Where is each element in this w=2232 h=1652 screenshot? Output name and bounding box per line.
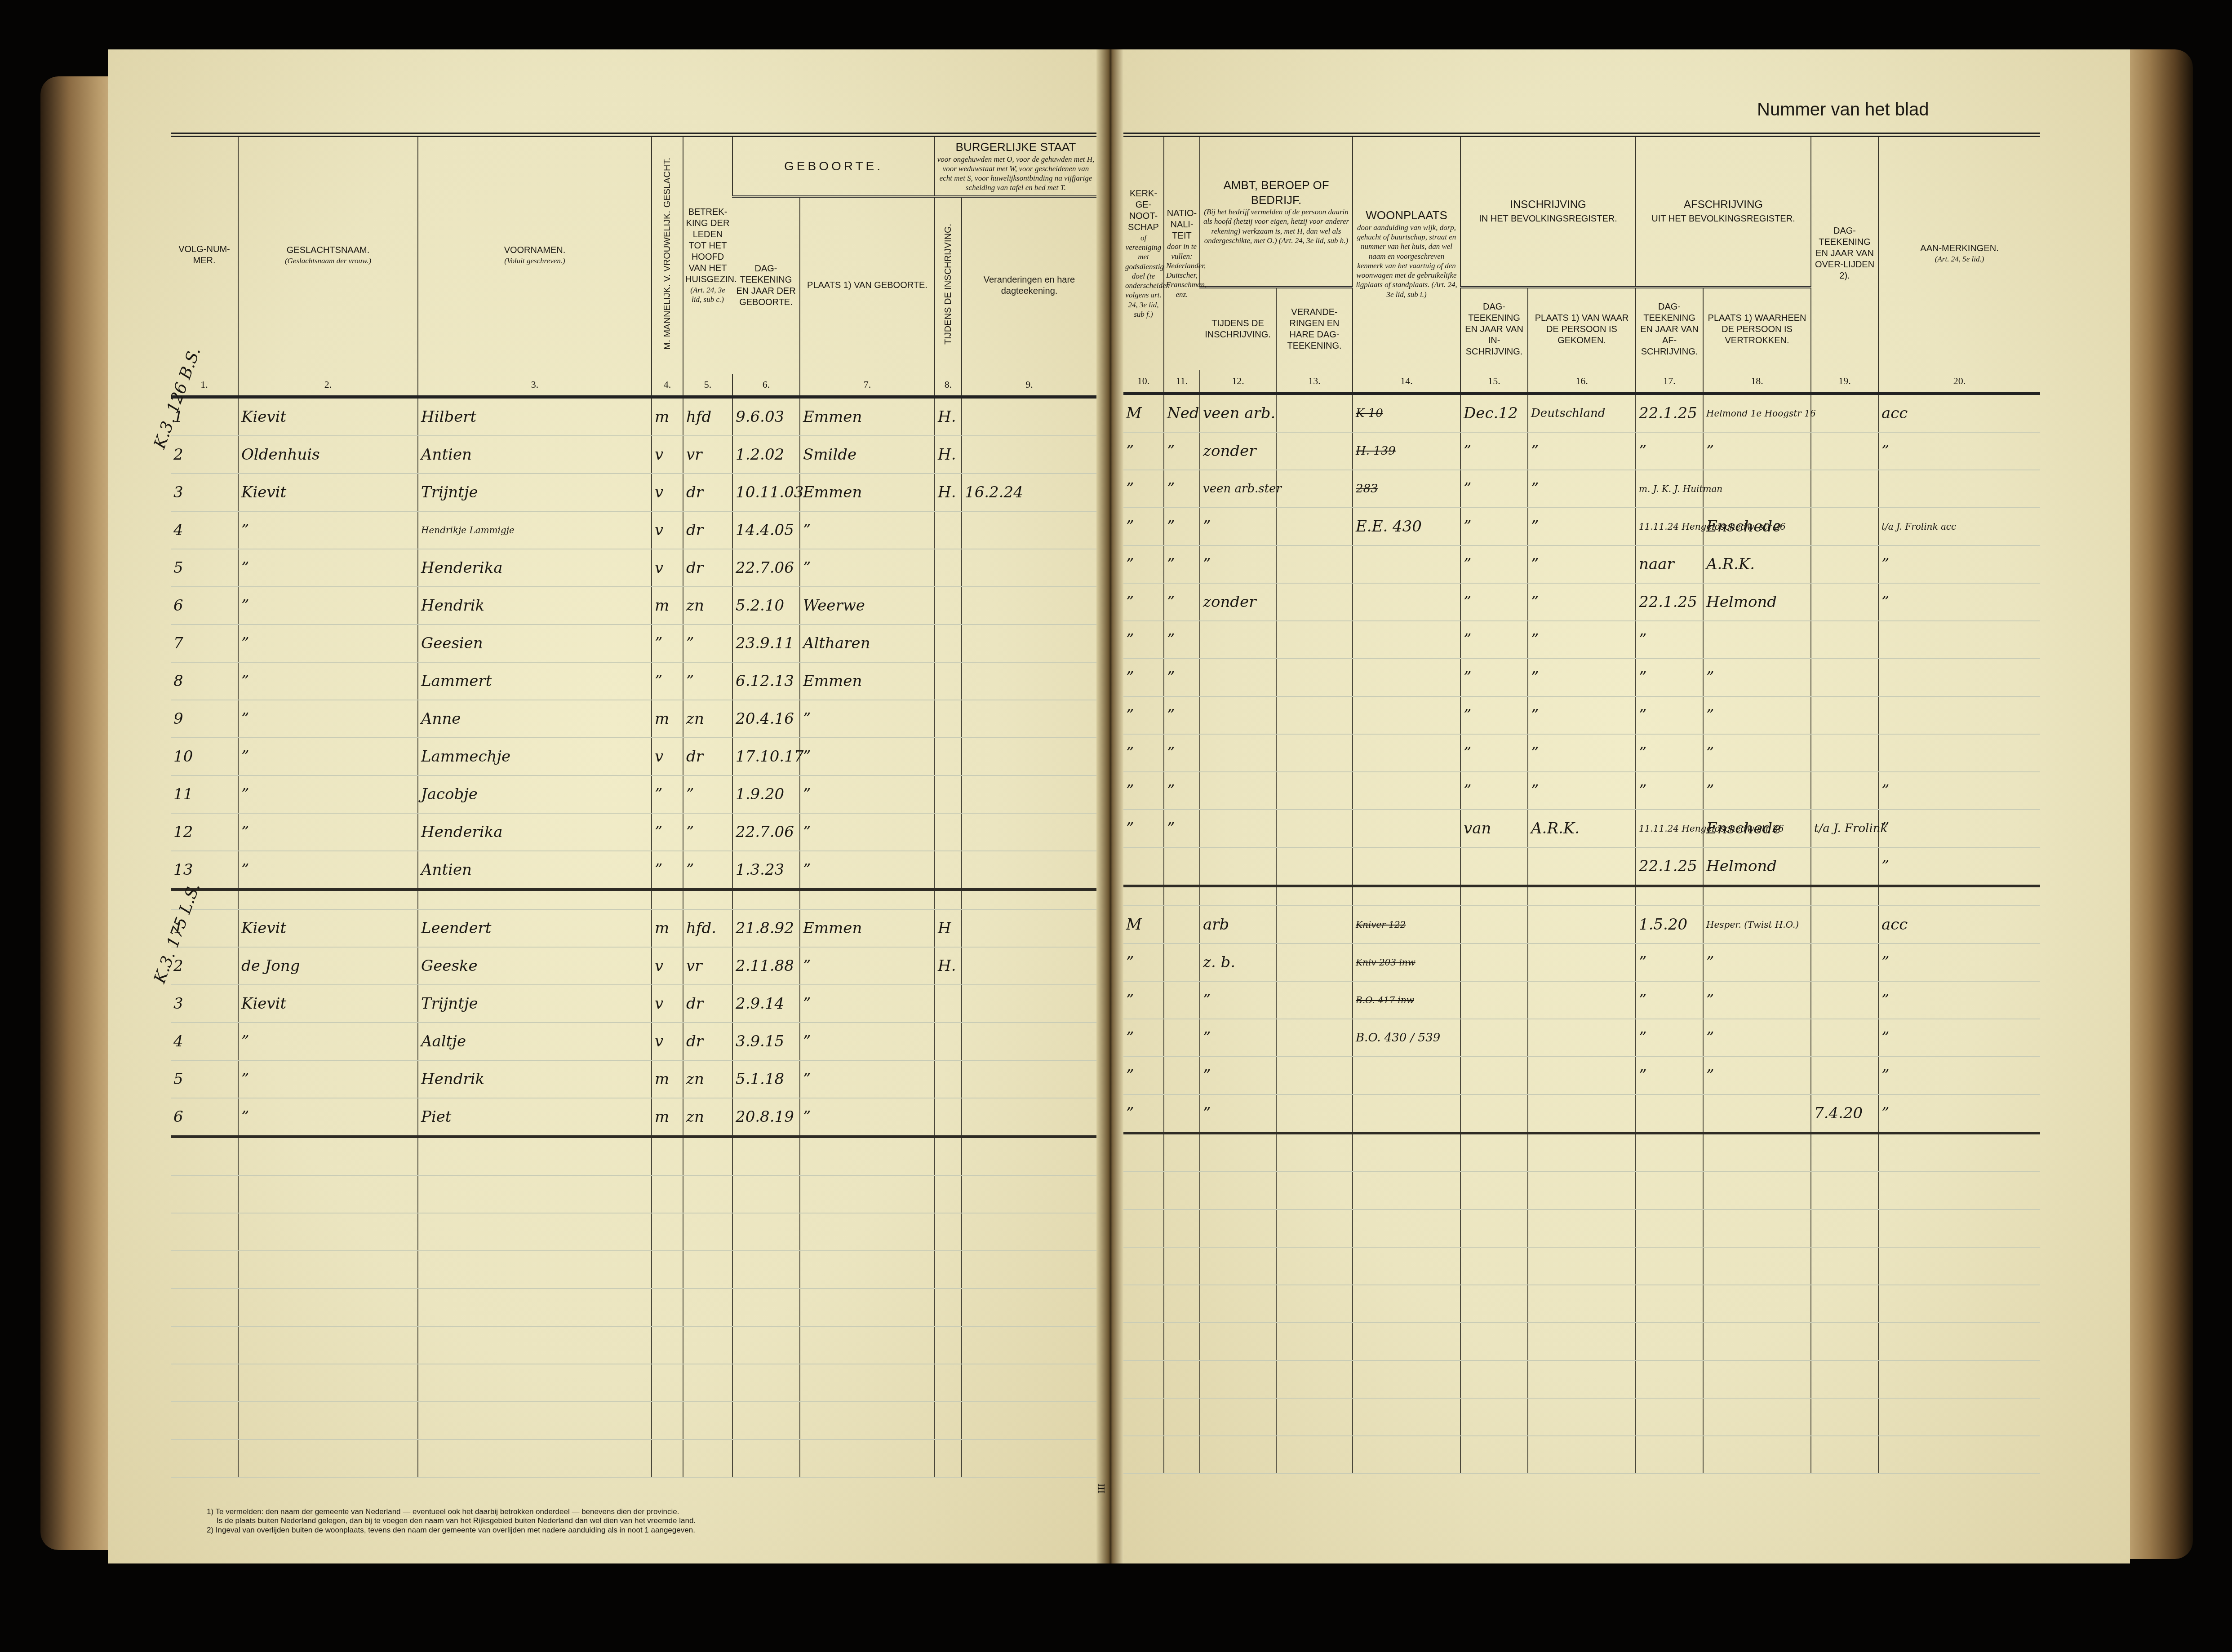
- header-afschrijving-datum: Dag-teekening en jaar van af-schrijving.: [1636, 288, 1703, 371]
- empty-cell: [238, 1213, 418, 1251]
- empty-cell: [418, 1364, 652, 1402]
- cell-out-place: ”: [1703, 943, 1811, 981]
- col-num: 20.: [1878, 370, 2040, 394]
- empty-cell: [683, 1251, 732, 1289]
- empty-cell: [1276, 1323, 1353, 1360]
- cell-remarks: ”: [1878, 810, 2040, 847]
- header-aanmerkingen: Aan-merkingen.(Art. 24, 5e lid.): [1878, 135, 2040, 370]
- cell-in-place: ”: [1528, 621, 1636, 659]
- empty-cell: [962, 1137, 1096, 1175]
- cell-church: ”: [1123, 432, 1164, 470]
- cell-occupation: arb: [1200, 906, 1276, 943]
- cell-nr: 5: [171, 1060, 238, 1098]
- cell-in-date: [1460, 847, 1528, 886]
- empty-cell: [171, 1439, 238, 1477]
- cell-birth-date: 5.2.10: [732, 587, 800, 624]
- cell-occupation: [1200, 847, 1276, 886]
- table-row: ”z. b.Kniv 203 inw”””: [1123, 943, 2040, 981]
- cell-nationality: [1164, 981, 1200, 1019]
- header-geboorte-group: Geboorte.: [732, 135, 935, 196]
- cell-in-date: [1460, 906, 1528, 943]
- cell-civil-change: [962, 775, 1096, 813]
- cell-given: Leendert: [418, 909, 652, 947]
- cell-birth-date: 9.6.03: [732, 397, 800, 436]
- cell-civil-change: [962, 436, 1096, 474]
- empty-cell: [1636, 1247, 1703, 1285]
- empty-cell: [935, 1175, 962, 1213]
- cell-in-place: ”: [1528, 583, 1636, 621]
- empty-cell: [1164, 1209, 1200, 1247]
- cell-occ-change: [1276, 696, 1353, 734]
- empty-cell: [652, 1289, 683, 1326]
- cell-relation: dr: [683, 738, 732, 775]
- cell-out-date: ”: [1636, 659, 1703, 696]
- cell-nr: 9: [171, 700, 238, 738]
- cell-birth-date: 1.2.02: [732, 436, 800, 474]
- cell-birth-date: 6.12.13: [732, 662, 800, 700]
- empty-cell: [683, 1402, 732, 1439]
- empty-cell: [1200, 1172, 1276, 1209]
- empty-row: [1123, 1436, 2040, 1474]
- empty-cell: [1164, 1172, 1200, 1209]
- cell-civil: [935, 775, 962, 813]
- cell-in-place: [1528, 906, 1636, 943]
- empty-cell: [935, 1251, 962, 1289]
- cell-civil-change: [962, 397, 1096, 436]
- empty-cell: [1164, 1247, 1200, 1285]
- cell-occupation: [1200, 810, 1276, 847]
- cell-birth-place: ”: [800, 1060, 935, 1098]
- empty-cell: [1460, 886, 1528, 906]
- book-right-edge: [2121, 49, 2193, 1559]
- cell-in-date: ”: [1460, 772, 1528, 810]
- cell-nr: 11: [171, 775, 238, 813]
- cell-given: Trijntje: [418, 985, 652, 1023]
- cell-given: Hendrik: [418, 1060, 652, 1098]
- table-row: ””””””: [1123, 734, 2040, 772]
- empty-cell: [1528, 1133, 1636, 1172]
- empty-cell: [418, 1213, 652, 1251]
- empty-cell: [1200, 886, 1276, 906]
- cell-birth-date: 10.11.03: [732, 474, 800, 511]
- cell-residence: [1353, 621, 1460, 659]
- register-table-right: Kerk-ge-noot-schapof vereeniging met god…: [1123, 133, 2040, 1474]
- register-body-right: MNedveen arb.K 10Dec.12Deutschland22.1.2…: [1123, 394, 2040, 1474]
- empty-cell: [1353, 1133, 1460, 1172]
- empty-cell: [1703, 1133, 1811, 1172]
- empty-cell: [418, 1402, 652, 1439]
- table-row: ””veen arb.ster283””m. J. K. J. Huitman: [1123, 470, 2040, 508]
- cell-occupation: zonder: [1200, 583, 1276, 621]
- col-num: 17.: [1636, 370, 1703, 394]
- cell-remarks: ”: [1878, 583, 2040, 621]
- empty-cell: [1353, 1209, 1460, 1247]
- empty-cell: [238, 1137, 418, 1175]
- cell-birth-date: 5.1.18: [732, 1060, 800, 1098]
- cell-civil-change: [962, 624, 1096, 662]
- cell-surname: de Jong: [238, 947, 418, 985]
- empty-cell: [652, 1364, 683, 1402]
- cell-nr: 6: [171, 587, 238, 624]
- empty-cell: [962, 1439, 1096, 1477]
- cell-sex: ”: [652, 662, 683, 700]
- empty-cell: [800, 1213, 935, 1251]
- empty-cell: [1460, 1172, 1528, 1209]
- empty-cell: [732, 890, 800, 909]
- col-num: 9.: [962, 374, 1096, 397]
- empty-cell: [1703, 1247, 1811, 1285]
- household-gap: [171, 890, 1096, 909]
- cell-civil: [935, 624, 962, 662]
- cell-occ-change: [1276, 432, 1353, 470]
- cell-birth-place: Emmen: [800, 909, 935, 947]
- cell-surname: Kievit: [238, 474, 418, 511]
- cell-in-place: [1528, 1057, 1636, 1094]
- cell-out-date: ”: [1636, 734, 1703, 772]
- empty-cell: [1636, 1436, 1703, 1474]
- empty-cell: [683, 1137, 732, 1175]
- cell-occ-change: [1276, 772, 1353, 810]
- empty-cell: [1703, 1209, 1811, 1247]
- cell-in-place: A.R.K.: [1528, 810, 1636, 847]
- empty-cell: [1460, 1133, 1528, 1172]
- cell-civil-change: [962, 662, 1096, 700]
- cell-birth-place: ”: [800, 813, 935, 851]
- empty-cell: [238, 1289, 418, 1326]
- empty-cell: [1528, 1209, 1636, 1247]
- cell-sex: v: [652, 738, 683, 775]
- empty-cell: [1353, 886, 1460, 906]
- empty-cell: [1878, 1247, 2040, 1285]
- cell-occupation: zonder: [1200, 432, 1276, 470]
- empty-cell: [962, 1213, 1096, 1251]
- cell-relation: ”: [683, 662, 732, 700]
- cell-church: ”: [1123, 943, 1164, 981]
- cell-remarks: ”: [1878, 1057, 2040, 1094]
- cell-relation: vr: [683, 436, 732, 474]
- cell-death: [1811, 621, 1878, 659]
- cell-civil: H: [935, 909, 962, 947]
- empty-cell: [800, 1175, 935, 1213]
- cell-civil: H.: [935, 436, 962, 474]
- col-num: 19.: [1811, 370, 1878, 394]
- cell-birth-date: 1.9.20: [732, 775, 800, 813]
- cell-civil-change: [962, 985, 1096, 1023]
- cell-in-date: [1460, 1019, 1528, 1057]
- cell-occupation: [1200, 621, 1276, 659]
- empty-cell: [1200, 1247, 1276, 1285]
- empty-cell: [1811, 1209, 1878, 1247]
- cell-out-date: 22.1.25: [1636, 583, 1703, 621]
- cell-sex: v: [652, 436, 683, 474]
- cell-nr: 2: [171, 947, 238, 985]
- cell-remarks: ”: [1878, 432, 2040, 470]
- cell-nr: 8: [171, 662, 238, 700]
- cell-out-place: Helmond: [1703, 583, 1811, 621]
- empty-cell: [1460, 1285, 1528, 1323]
- cell-relation: zn: [683, 1098, 732, 1137]
- empty-cell: [1276, 1209, 1353, 1247]
- cell-out-place: ”: [1703, 1019, 1811, 1057]
- cell-in-place: Deutschland: [1528, 394, 1636, 433]
- header-afschrijving-plaats: Plaats 1) waarheen de persoon is vertrok…: [1703, 288, 1811, 371]
- empty-cell: [800, 890, 935, 909]
- cell-occ-change: [1276, 847, 1353, 886]
- cell-remarks: ”: [1878, 943, 2040, 981]
- cell-birth-place: ”: [800, 738, 935, 775]
- empty-cell: [171, 1402, 238, 1439]
- empty-cell: [238, 1251, 418, 1289]
- cell-residence: [1353, 583, 1460, 621]
- empty-cell: [171, 1326, 238, 1364]
- empty-cell: [962, 890, 1096, 909]
- cell-in-date: ”: [1460, 659, 1528, 696]
- empty-cell: [418, 1439, 652, 1477]
- cell-birth-date: 22.7.06: [732, 549, 800, 587]
- empty-cell: [1528, 1172, 1636, 1209]
- cell-residence: Kniv 203 inw: [1353, 943, 1460, 981]
- cell-surname: ”: [238, 813, 418, 851]
- cell-out-date: 22.1.25: [1636, 394, 1703, 433]
- empty-cell: [1878, 886, 2040, 906]
- cell-nationality: [1164, 906, 1200, 943]
- empty-cell: [418, 890, 652, 909]
- empty-cell: [732, 1326, 800, 1364]
- empty-cell: [732, 1213, 800, 1251]
- empty-cell: [238, 1364, 418, 1402]
- cell-out-place: ”: [1703, 432, 1811, 470]
- empty-cell: [1636, 1398, 1703, 1436]
- cell-civil: [935, 985, 962, 1023]
- empty-cell: [1276, 1133, 1353, 1172]
- cell-in-date: [1460, 943, 1528, 981]
- empty-cell: [935, 1326, 962, 1364]
- cell-surname: Kievit: [238, 909, 418, 947]
- cell-death: [1811, 906, 1878, 943]
- cell-nr: 2: [171, 436, 238, 474]
- empty-cell: [418, 1175, 652, 1213]
- cell-out-place: Enschede: [1703, 508, 1811, 545]
- cell-occ-change: [1276, 1057, 1353, 1094]
- empty-cell: [935, 1213, 962, 1251]
- cell-given: Jacobje: [418, 775, 652, 813]
- empty-cell: [935, 1289, 962, 1326]
- cell-in-date: [1460, 981, 1528, 1019]
- cell-civil: H.: [935, 474, 962, 511]
- empty-cell: [1703, 1398, 1811, 1436]
- cell-sex: ”: [652, 813, 683, 851]
- cell-out-place: [1703, 621, 1811, 659]
- header-inschrijving-datum: Dag-teekening en jaar van in-schrijving.: [1460, 288, 1528, 371]
- cell-given: Piet: [418, 1098, 652, 1137]
- cell-birth-date: 2.11.88: [732, 947, 800, 985]
- cell-nr: 3: [171, 985, 238, 1023]
- empty-row: [171, 1439, 1096, 1477]
- cell-sex: v: [652, 947, 683, 985]
- empty-cell: [683, 1439, 732, 1477]
- cell-remarks: [1878, 696, 2040, 734]
- cell-out-date: ”: [1636, 1057, 1703, 1094]
- empty-cell: [1636, 1285, 1703, 1323]
- cell-surname: ”: [238, 662, 418, 700]
- header-ambt-veranderingen: Verande-ringen en hare dag-teekening.: [1276, 288, 1353, 371]
- empty-cell: [1460, 1323, 1528, 1360]
- cell-civil: [935, 813, 962, 851]
- cell-in-date: ”: [1460, 432, 1528, 470]
- cell-remarks: ”: [1878, 981, 2040, 1019]
- cell-relation: zn: [683, 587, 732, 624]
- empty-cell: [1123, 1398, 1164, 1436]
- cell-residence: [1353, 772, 1460, 810]
- cell-remarks: [1878, 734, 2040, 772]
- cell-in-date: van: [1460, 810, 1528, 847]
- cell-residence: H. 139: [1353, 432, 1460, 470]
- register-body-left: 1KievitHilbertmhfd9.6.03EmmenH.2Oldenhui…: [171, 397, 1096, 1477]
- cell-residence: [1353, 545, 1460, 583]
- cell-occupation: [1200, 659, 1276, 696]
- cell-church: ”: [1123, 583, 1164, 621]
- empty-cell: [1811, 1323, 1878, 1360]
- cell-surname: ”: [238, 775, 418, 813]
- empty-cell: [1123, 1285, 1164, 1323]
- cell-out-place: Hesper. (Twist H.O.): [1703, 906, 1811, 943]
- table-row: ”””””: [1123, 621, 2040, 659]
- cell-out-place: ”: [1703, 772, 1811, 810]
- cell-in-place: [1528, 1094, 1636, 1133]
- cell-in-place: ”: [1528, 470, 1636, 508]
- empty-cell: [1164, 1360, 1200, 1398]
- cell-occ-change: [1276, 1094, 1353, 1133]
- table-row: ””””””: [1123, 659, 2040, 696]
- header-geboorte-plaats: Plaats 1) van geboorte.: [800, 196, 935, 374]
- cell-relation: zn: [683, 1060, 732, 1098]
- cell-occ-change: [1276, 583, 1353, 621]
- cell-civil: [935, 738, 962, 775]
- table-row: 1KievitHilbertmhfd9.6.03EmmenH.: [171, 397, 1096, 436]
- cell-in-date: Dec.12: [1460, 394, 1528, 433]
- empty-cell: [1878, 1285, 2040, 1323]
- cell-civil-change: 16.2.24: [962, 474, 1096, 511]
- table-row: MNedveen arb.K 10Dec.12Deutschland22.1.2…: [1123, 394, 2040, 433]
- empty-cell: [1200, 1360, 1276, 1398]
- cell-nr: 3: [171, 474, 238, 511]
- col-num: 13.: [1276, 370, 1353, 394]
- cell-remarks: ”: [1878, 1094, 2040, 1133]
- cell-nr: 4: [171, 1023, 238, 1060]
- cell-relation: vr: [683, 947, 732, 985]
- empty-cell: [1811, 886, 1878, 906]
- cell-in-date: [1460, 1094, 1528, 1133]
- header-ambt-group: Ambt, beroep of bedrijf.(Bij het bedrijf…: [1200, 135, 1353, 288]
- empty-cell: [683, 1175, 732, 1213]
- empty-cell: [1460, 1209, 1528, 1247]
- cell-surname: Kievit: [238, 985, 418, 1023]
- header-volgnummer: Volg-num-mer.: [171, 135, 238, 374]
- table-row: 4”Aaltjevdr3.9.15”: [171, 1023, 1096, 1060]
- cell-death: [1811, 545, 1878, 583]
- cell-out-date: m. J. K. J. Huitman: [1636, 470, 1703, 508]
- cell-death: [1811, 734, 1878, 772]
- empty-row: [1123, 1398, 2040, 1436]
- cell-death: [1811, 659, 1878, 696]
- cell-nationality: [1164, 847, 1200, 886]
- empty-cell: [1123, 886, 1164, 906]
- empty-cell: [800, 1402, 935, 1439]
- empty-cell: [800, 1289, 935, 1326]
- cell-surname: Oldenhuis: [238, 436, 418, 474]
- empty-cell: [683, 1213, 732, 1251]
- empty-cell: [732, 1364, 800, 1402]
- empty-cell: [1528, 1398, 1636, 1436]
- empty-cell: [1123, 1323, 1164, 1360]
- table-row: 6”Hendrikmzn5.2.10Weerwe: [171, 587, 1096, 624]
- empty-cell: [1276, 1436, 1353, 1474]
- cell-given: Hendrik: [418, 587, 652, 624]
- cell-sex: ”: [652, 624, 683, 662]
- cell-occupation: ”: [1200, 545, 1276, 583]
- cell-occ-change: [1276, 981, 1353, 1019]
- cell-nationality: ”: [1164, 545, 1200, 583]
- empty-row: [1123, 1285, 2040, 1323]
- cell-remarks: ”: [1878, 545, 2040, 583]
- cell-civil-change: [962, 1060, 1096, 1098]
- register-table-left: Volg-num-mer. Geslachtsnaam.(Geslachtsna…: [171, 133, 1096, 1478]
- cell-out-date: ”: [1636, 943, 1703, 981]
- cell-nationality: [1164, 943, 1200, 981]
- cell-out-date: ”: [1636, 621, 1703, 659]
- page-number-label: Nummer van het blad: [1757, 100, 1929, 120]
- empty-cell: [1200, 1133, 1276, 1172]
- empty-cell: [732, 1402, 800, 1439]
- cell-in-place: ”: [1528, 508, 1636, 545]
- table-row: ”””””””: [1123, 772, 2040, 810]
- empty-cell: [652, 1137, 683, 1175]
- cell-birth-date: 2.9.14: [732, 985, 800, 1023]
- empty-cell: [1164, 886, 1200, 906]
- cell-nationality: ”: [1164, 583, 1200, 621]
- cell-occupation: veen arb.ster: [1200, 470, 1276, 508]
- cell-civil: [935, 511, 962, 549]
- cell-church: ”: [1123, 659, 1164, 696]
- empty-cell: [1164, 1133, 1200, 1172]
- table-row: ””””””: [1123, 696, 2040, 734]
- cell-church: M: [1123, 906, 1164, 943]
- cell-out-date: ”: [1636, 696, 1703, 734]
- cell-civil-change: [962, 1023, 1096, 1060]
- empty-cell: [418, 1251, 652, 1289]
- table-row: 5”Hendrikmzn5.1.18”: [171, 1060, 1096, 1098]
- cell-birth-date: 3.9.15: [732, 1023, 800, 1060]
- table-row: 3KievitTrijntjevdr10.11.03EmmenH.16.2.24: [171, 474, 1096, 511]
- cell-birth-place: ”: [800, 775, 935, 813]
- empty-cell: [652, 1213, 683, 1251]
- empty-cell: [732, 1251, 800, 1289]
- empty-cell: [1353, 1285, 1460, 1323]
- cell-occ-change: [1276, 508, 1353, 545]
- cell-in-place: [1528, 943, 1636, 981]
- cell-out-date: ”: [1636, 981, 1703, 1019]
- cell-residence: Kniver 122: [1353, 906, 1460, 943]
- book-left-edge: [40, 76, 112, 1550]
- cell-in-date: ”: [1460, 583, 1528, 621]
- cell-relation: hfd: [683, 397, 732, 436]
- cell-out-place: ”: [1703, 734, 1811, 772]
- empty-cell: [683, 1364, 732, 1402]
- cell-birth-place: ”: [800, 851, 935, 890]
- empty-cell: [732, 1175, 800, 1213]
- empty-cell: [652, 890, 683, 909]
- header-burg-veranderingen: Veranderingen en hare dagteekening.: [962, 196, 1096, 374]
